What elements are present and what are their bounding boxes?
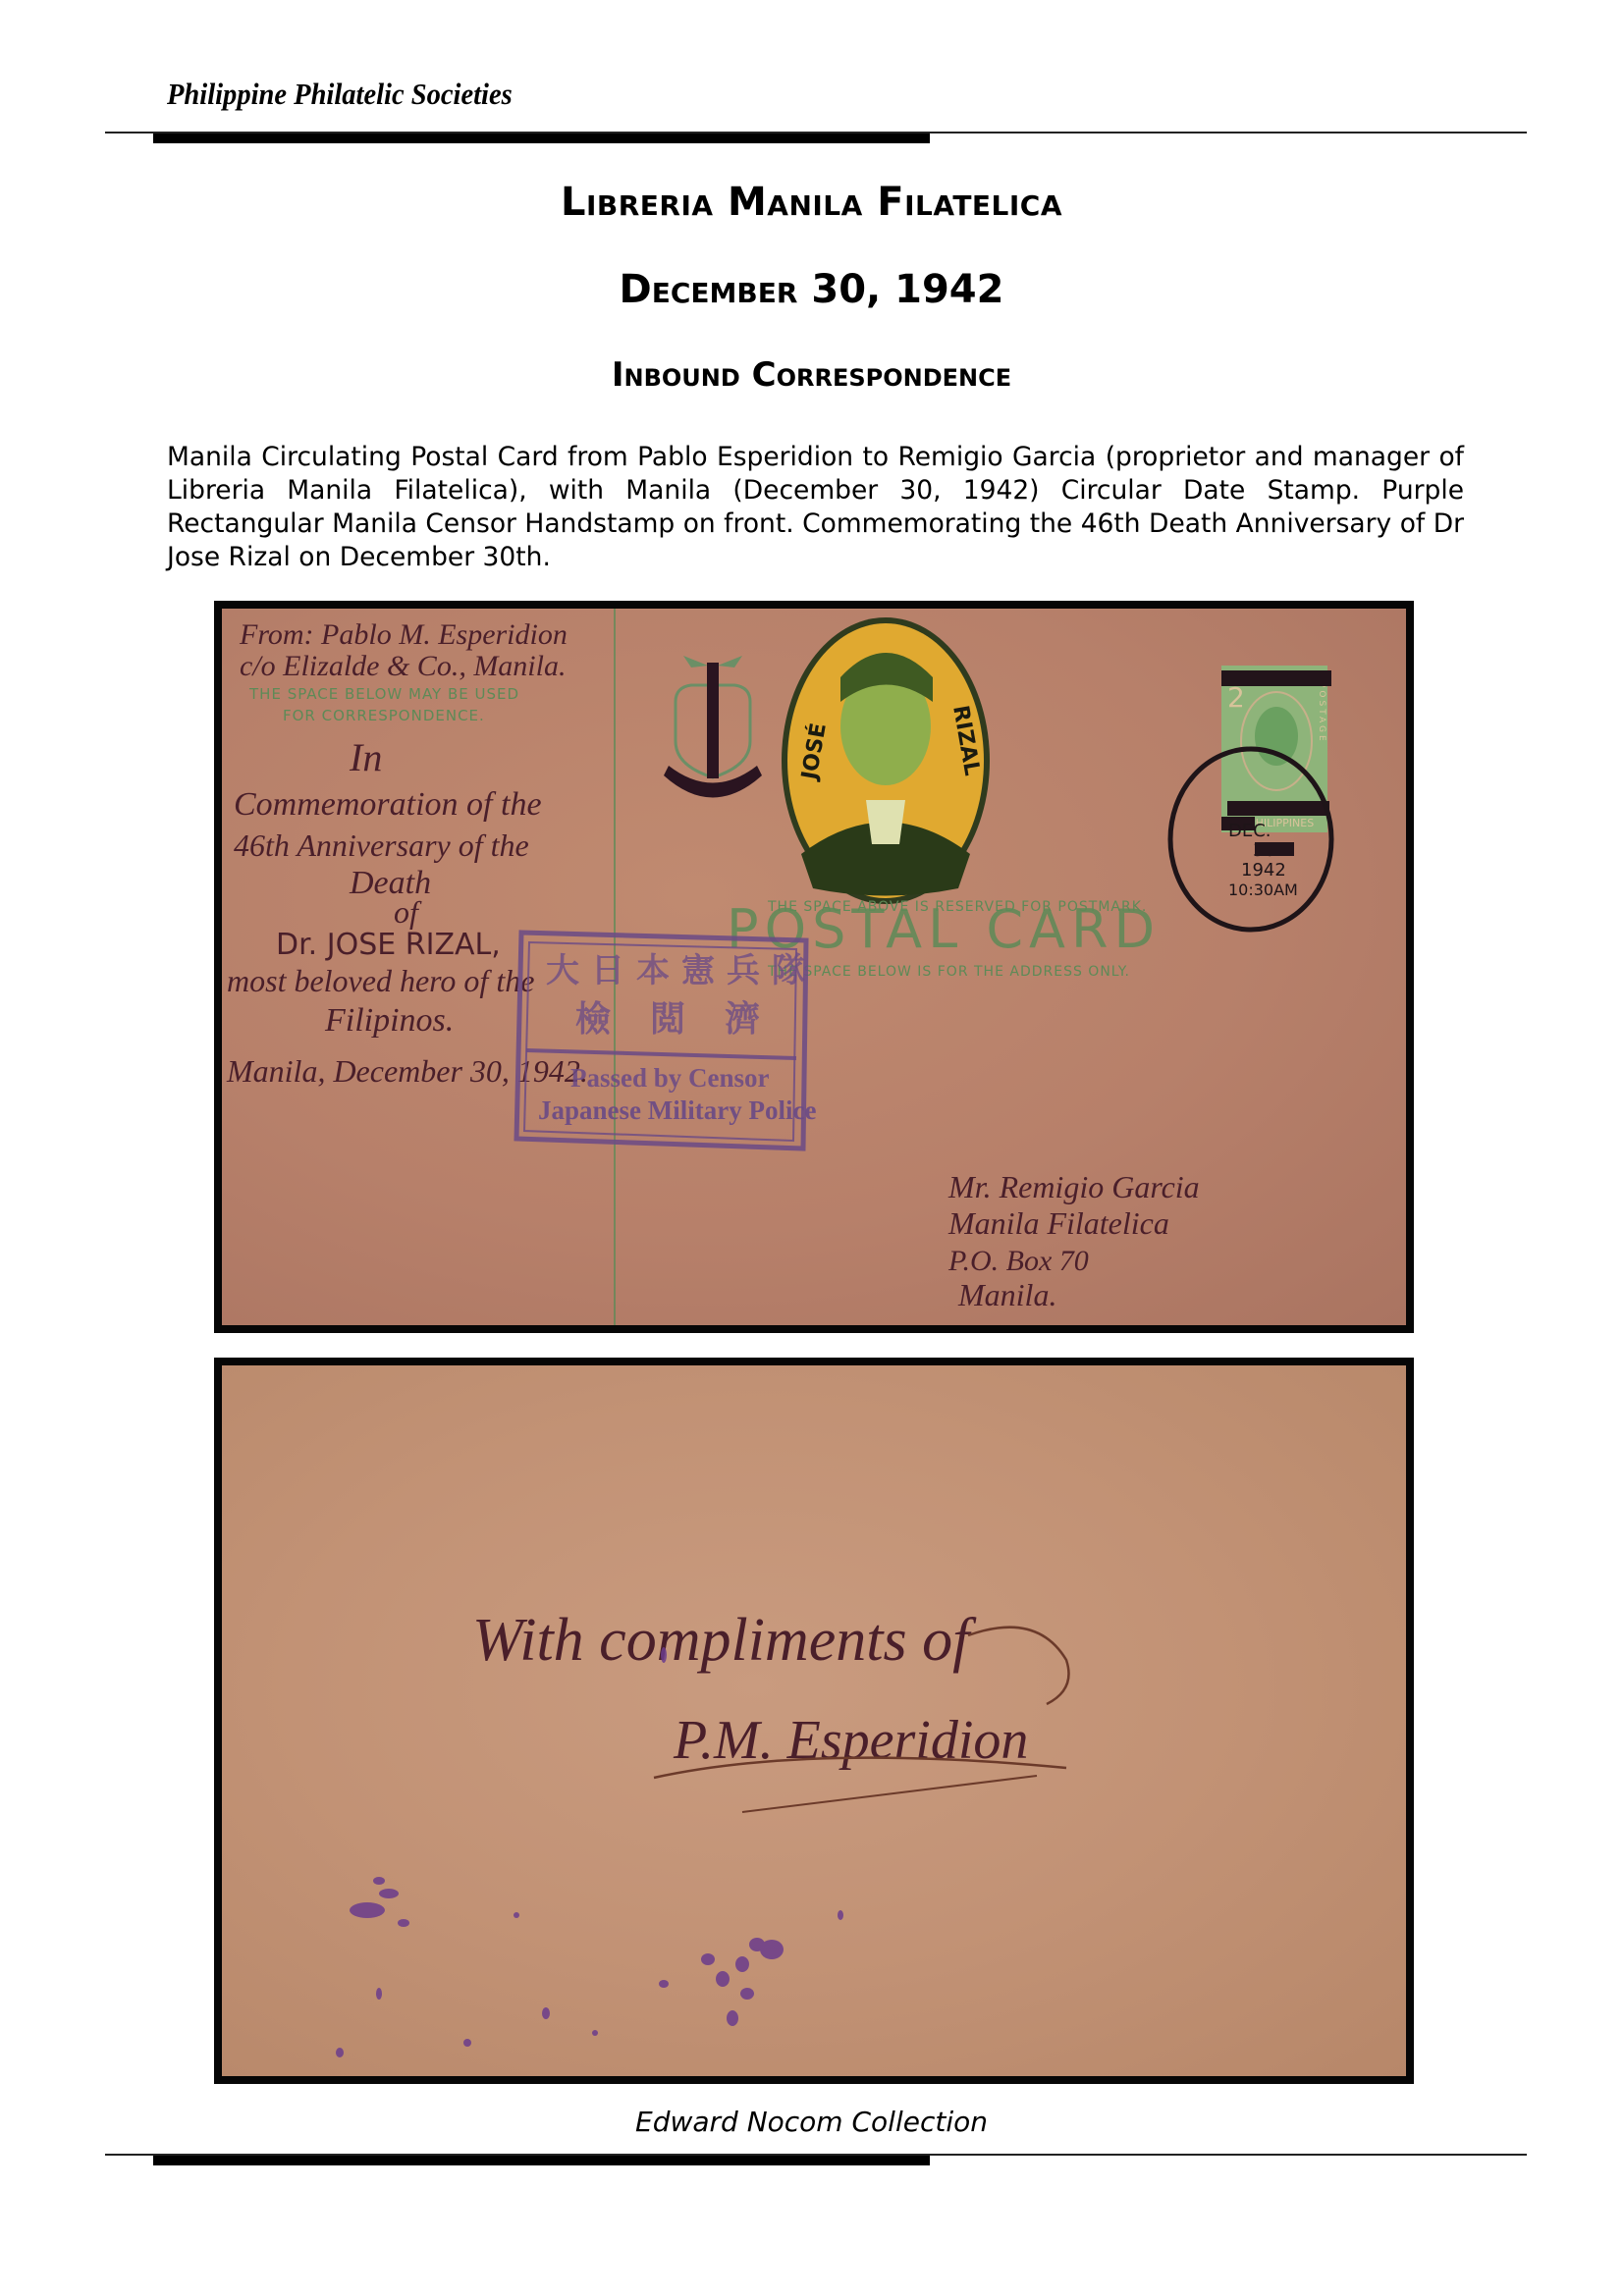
postmark-year: 1942 <box>1241 860 1286 881</box>
address-line: Manila Filatelica <box>947 1205 1169 1241</box>
message-line: Death <box>349 865 431 901</box>
message-line: Filipinos. <box>324 1002 454 1039</box>
page-title: Libreria Manila Filatelica <box>0 180 1623 225</box>
message-line: most beloved hero of the <box>227 963 534 998</box>
postmark-month: DEC. <box>1228 821 1271 841</box>
message-line: Dr. JOSE RIZAL, <box>276 928 501 962</box>
address-line: P.O. Box 70 <box>947 1245 1089 1277</box>
address-line: Manila. <box>957 1277 1056 1312</box>
footer-rule-thick <box>153 2156 930 2165</box>
message-line: Commemoration of the <box>234 786 542 823</box>
censor-text-line1: Passed by Censor <box>570 1063 770 1093</box>
ink-stain-marks <box>336 1647 843 2057</box>
address-line: Mr. Remigio Garcia <box>947 1169 1200 1204</box>
stamp-postage-label: POSTAGE <box>1317 682 1326 744</box>
message-line: of <box>394 894 422 930</box>
section-title: Inbound Correspondence <box>0 355 1623 395</box>
sender-line: From: Pablo M. Esperidion <box>239 618 568 651</box>
postal-card-back-illustration: With compliments of P.M. Esperidion <box>222 1365 1406 2076</box>
back-message: With compliments of <box>472 1607 977 1674</box>
message-line: 46th Anniversary of the <box>234 828 529 863</box>
postmark-time: 10:30AM <box>1228 881 1298 899</box>
collection-caption: Edward Nocom Collection <box>0 2106 1623 2138</box>
correspondence-note: FOR CORRESPONDENCE. <box>283 707 485 724</box>
message-line: In <box>349 735 382 779</box>
coat-of-arms-icon <box>664 656 762 798</box>
header-rule-thick <box>153 133 930 143</box>
running-header-title: Philippine Philatelic Societies <box>167 77 513 112</box>
address-note: THE SPACE BELOW IS FOR THE ADDRESS ONLY. <box>767 964 1130 980</box>
sender-line: c/o Elizalde & Co., Manila. <box>240 650 566 682</box>
page-date: December 30, 1942 <box>0 267 1623 312</box>
item-description: Manila Circulating Postal Card from Pabl… <box>167 441 1464 574</box>
correspondence-note: THE SPACE BELOW MAY BE USED <box>248 685 519 703</box>
message-line: Manila, December 30, 1942. <box>226 1053 588 1089</box>
censor-handstamp: 大日本憲兵隊 檢閲濟 Passed by Censor Japanese Mil… <box>516 933 817 1148</box>
censor-text-line2: Japanese Military Police <box>538 1095 816 1125</box>
censor-kanji-bottom: 檢閲濟 <box>575 998 799 1039</box>
censor-kanji-top: 大日本憲兵隊 <box>546 951 817 989</box>
postal-card-front-illustration: From: Pablo M. Esperidion c/o Elizalde &… <box>222 609 1406 1325</box>
postal-card-back-image: With compliments of P.M. Esperidion <box>214 1358 1414 2084</box>
postal-card-label: POSTAL CARD <box>727 898 1161 960</box>
rizal-portrait-vignette: JOSÉ RIZAL <box>782 617 990 904</box>
postal-card-front-image: From: Pablo M. Esperidion c/o Elizalde &… <box>214 601 1414 1333</box>
